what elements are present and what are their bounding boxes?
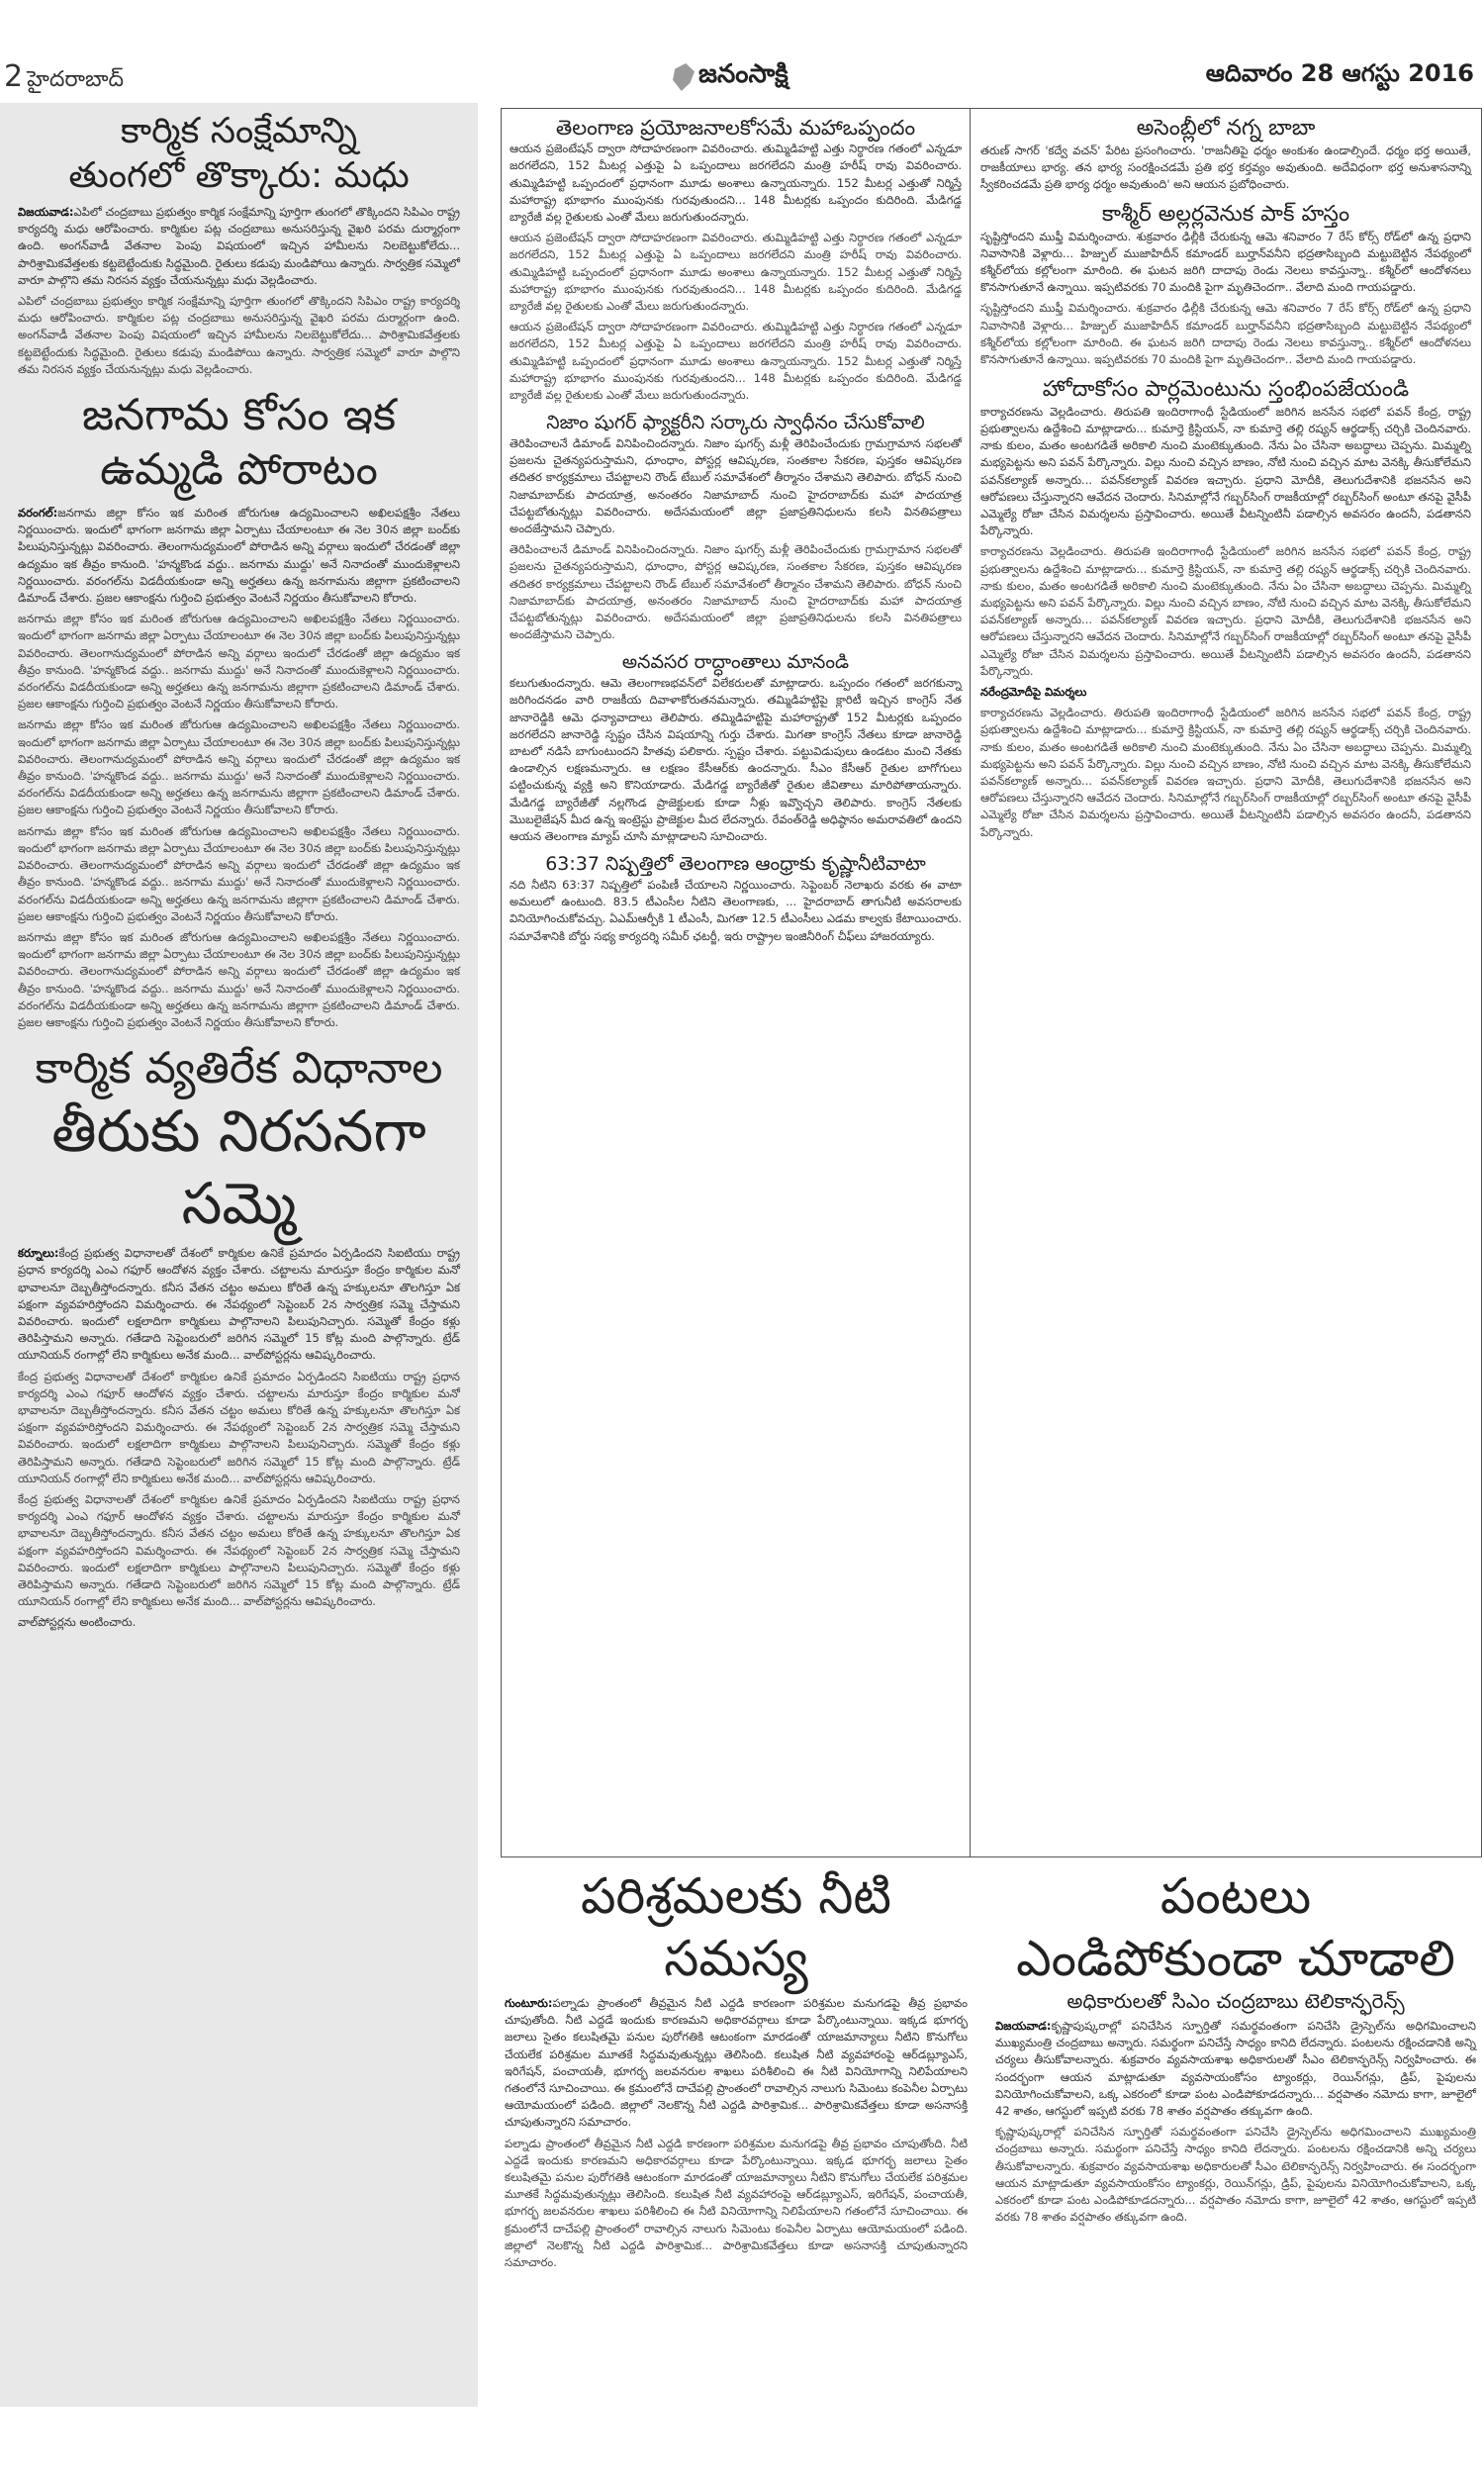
article-body: విజయవాడ:ఎపిలో చంద్రబాబు ప్రభుత్వం కార్మి… (18, 204, 460, 289)
article-headline-line2: ఎండిపోకుండా చూడాలి (995, 1928, 1476, 1990)
city-name: హైదరాబాద్ (27, 67, 124, 92)
article-dateline: వరంగల్: (18, 506, 57, 520)
article-body-continued: ఆయన ప్రజెంటేషన్ ద్వారా సోదాహరణంగా వివరిం… (510, 319, 962, 404)
article-headline-line2: తుంగలో తొక్కారు: మధు (18, 153, 460, 198)
article-headline: అసెంబ్లీలో నగ్న బాబా (980, 115, 1471, 143)
article-kashmir: కాశ్మీర్ అల్లర్లవెనుక పాక్ హస్తం సృష్టిస… (980, 201, 1471, 368)
article-body: సృష్టిస్తోందని ముఫ్తీ విమర్శించారు. శుక్… (980, 229, 1471, 297)
article-body-continued: కృష్ణాపుష్కరాల్లో పనిచేసిన స్ఫూర్తితో సమ… (995, 2124, 1476, 2226)
article-dateline: గుంటూరు: (505, 1996, 552, 2010)
article-body-continued: తెరిపించాలనే డిమాండ్ వినిపించిందన్నారు. … (510, 541, 962, 643)
article-headline: నిజాం షుగర్ ఫ్యాక్టరీని సర్కారు స్వాధీనం… (510, 412, 962, 435)
article-body: తరుణ్ సాగర్ 'కద్వే వచన్' పేరిట ప్రసంగించ… (980, 143, 1471, 194)
article-body-continued: కేంద్ర ప్రభుత్వ విధానాలతో దేశంలో కార్మిక… (18, 1369, 460, 1487)
article-assembly-baba: అసెంబ్లీలో నగ్న బాబా తరుణ్ సాగర్ 'కద్వే … (980, 115, 1471, 193)
article-parishramalu-neeti-samasya: పరిశ్రమలకు నీటి సమస్య గుంటూరు:పల్నాడు ప్… (495, 1865, 977, 2271)
newspaper-logo: జనంసాక్షి (673, 59, 788, 95)
article-headline: జనగామ కోసం ఇక ఉమ్మడి పోరాటం (18, 388, 460, 497)
article-subhead: నరేంద్రమోదీపై విమర్శలు (980, 684, 1471, 701)
article-nizam-sugar: నిజాం షుగర్ ఫ్యాక్టరీని సర్కారు స్వాధీనం… (510, 412, 962, 643)
article-karmika-sankshemam: కార్మిక సంక్షేమాన్ని తుంగలో తొక్కారు: మధ… (18, 109, 460, 378)
article-body-continued: జనగామ జిల్లా కోసం ఇక మరింత జోరుగుఆ ఉద్యమ… (18, 611, 460, 713)
article-headline: కార్మిక వ్యతిరేక విధానాల (18, 1041, 460, 1095)
article-dateline: కర్నూలు: (18, 1246, 58, 1260)
article-body-continued: జనగామ జిల్లా కోసం ఇక మరింత జోరుగుఆ ఉద్యమ… (18, 716, 460, 818)
left-column: కార్మిక సంక్షేమాన్ని తుంగలో తొక్కారు: మధ… (0, 103, 478, 2407)
article-body: కలుగుతుందన్నారు. ఆమె తెలంగాణభవన్‌లో విలే… (510, 675, 962, 845)
article-headline: కాశ్మీర్ అల్లర్లవెనుక పాక్ హస్తం (980, 201, 1471, 229)
article-body-continued: ఆయన ప్రజెంటేషన్ ద్వారా సోదాహరణంగా వివరిం… (510, 230, 962, 315)
article-body: నది నీటిని 63:37 నిష్పత్తిలో పంపిణీ చేయా… (510, 877, 962, 945)
article-body-continued: కార్యాచరణను వెల్లడించారు. తిరుపతి ఇందిరా… (980, 705, 1471, 841)
article-headline: పరిశ్రమలకు నీటి సమస్య (505, 1865, 968, 1989)
article-headline-line2: తీరుకు నిరసనగా సమ్మె (18, 1095, 460, 1239)
telangana-map-icon (673, 63, 695, 91)
article-janagama: జనగామ కోసం ఇక ఉమ్మడి పోరాటం వరంగల్:జనగామ… (18, 388, 460, 1031)
article-body-continued: పల్నాడు ప్రాంతంలో తీవ్రమైన నీటి ఎద్దడి క… (505, 2136, 968, 2272)
article-body: గుంటూరు:పల్నాడు ప్రాంతంలో తీవ్రమైన నీటి … (505, 1995, 968, 2132)
article-headline: కార్మిక సంక్షేమాన్ని (18, 109, 460, 153)
article-headline: హోదాకోసం పార్లమెంటును స్తంభింపజేయండి (980, 376, 1471, 404)
article-body-continued: జనగామ జిల్లా కోసం ఇక మరింత జోరుగుఆ ఉద్యమ… (18, 823, 460, 925)
article-headline: తెలంగాణ ప్రయోజనాలకోసమే మహాఒప్పందం (510, 115, 962, 141)
right-news-box: అసెంబ్లీలో నగ్న బాబా తరుణ్ సాగర్ 'కద్వే … (970, 108, 1482, 1857)
article-headline: 63:37 నిష్పత్తిలో తెలంగాణ ఆంధ్రాకు కృష్ణ… (510, 853, 962, 877)
page-number: 2 (4, 59, 23, 94)
article-body: కార్యాచరణను వెల్లడించారు. తిరుపతి ఇందిరా… (980, 404, 1471, 540)
article-headline: అనవసర రాద్ధాంతాలు మానండి (510, 651, 962, 675)
article-last-line: వాల్‌పోస్టర్లను అంటించారు. (18, 1614, 460, 1631)
publication-date: ఆదివారం 28 ఆగస్టు 2016 (1206, 59, 1474, 93)
article-body: తెరిపించాలనే డిమాండ్ వినిపించిందన్నారు. … (510, 435, 962, 537)
article-telangana-prayojanalu: తెలంగాణ ప్రయోజనాలకోసమే మహాఒప్పందం ఆయన ప్… (510, 115, 962, 404)
article-body: కర్నూలు:కేంద్ర ప్రభుత్వ విధానాలతో దేశంలో… (18, 1245, 460, 1364)
logo-text: జనంసాక్షి (698, 59, 788, 95)
article-body-continued: సృష్టిస్తోందని ముఫ్తీ విమర్శించారు. శుక్… (980, 300, 1471, 368)
article-karmika-vyatireka: కార్మిక వ్యతిరేక విధానాల తీరుకు నిరసనగా … (18, 1041, 460, 1631)
page-number-label: 2హైదరాబాద్ (4, 59, 124, 97)
masthead: 2హైదరాబాద్ జనంసాక్షి ఆదివారం 28 ఆగస్టు 2… (0, 59, 1484, 101)
article-body: వరంగల్:జనగామ జిల్లా కోసం ఇక మరింత జోరుగు… (18, 505, 460, 607)
article-pantalu: పంటలు ఎండిపోకుండా చూడాలి అధికారులతో సిఎం… (989, 1865, 1482, 2226)
article-anavasara-raddhantalu: అనవసర రాద్ధాంతాలు మానండి కలుగుతుందన్నారు… (510, 651, 962, 845)
article-krishna-water-share: 63:37 నిష్పత్తిలో తెలంగాణ ఆంధ్రాకు కృష్ణ… (510, 853, 962, 945)
article-body: ఆయన ప్రజెంటేషన్ ద్వారా సోదాహరణంగా వివరిం… (510, 141, 962, 226)
middle-news-box: తెలంగాణ ప్రయోజనాలకోసమే మహాఒప్పందం ఆయన ప్… (501, 108, 970, 1857)
article-headline: పంటలు (995, 1865, 1476, 1928)
article-body-continued: ఎపిలో చంద్రబాబు ప్రభుత్వం కార్మిక సంక్షే… (18, 293, 460, 378)
article-dateline: విజయవాడ: (995, 2019, 1052, 2033)
article-subheadline: అధికారులతో సిఎం చంద్రబాబు టెలికాన్ఫరెన్స… (995, 1989, 1476, 2014)
article-body-continued: కార్యాచరణను వెల్లడించారు. తిరుపతి ఇందిరా… (980, 543, 1471, 680)
article-body: విజయవాడ:కృష్ణాపుష్కరాల్లో పనిచేసిన స్ఫూర… (995, 2018, 1476, 2120)
article-body-continued: జనగామ జిల్లా కోసం ఇక మరింత జోరుగుఆ ఉద్యమ… (18, 929, 460, 1031)
article-hoda-parliament: హోదాకోసం పార్లమెంటును స్తంభింపజేయండి కార… (980, 376, 1471, 841)
article-body-continued: కేంద్ర ప్రభుత్వ విధానాలతో దేశంలో కార్మిక… (18, 1491, 460, 1610)
article-dateline: విజయవాడ: (18, 205, 74, 219)
